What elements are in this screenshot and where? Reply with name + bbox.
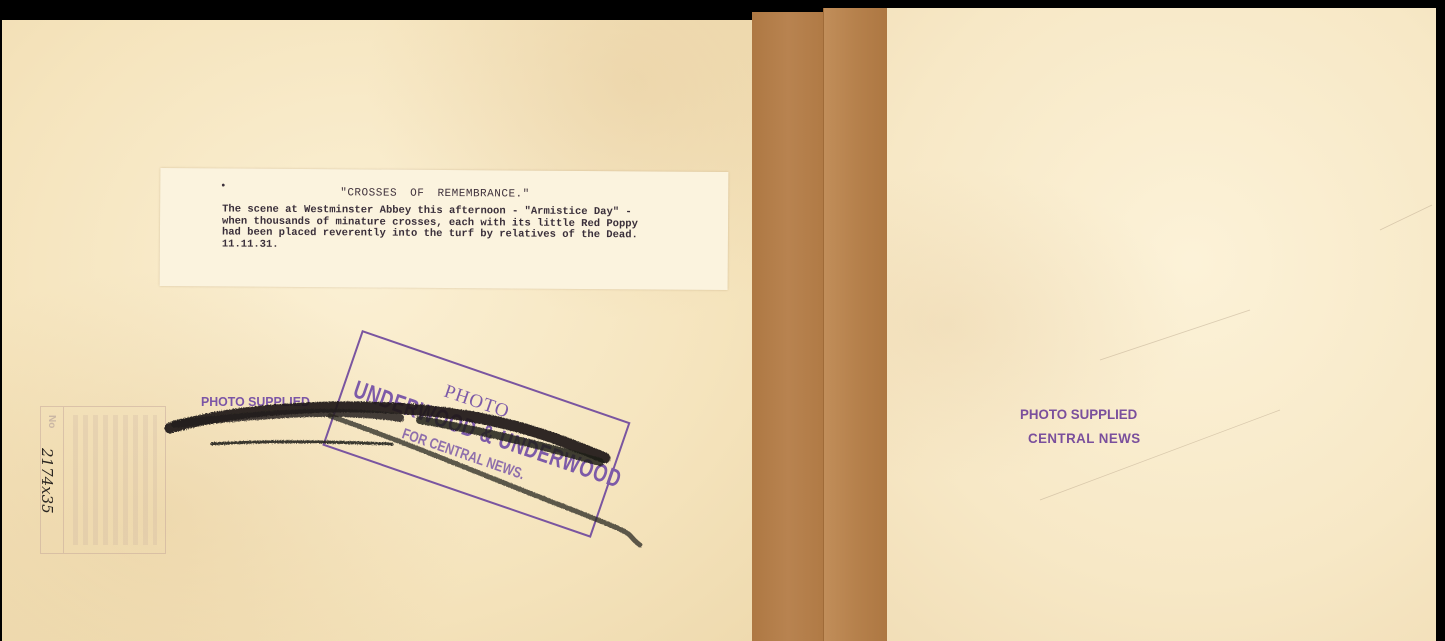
photo-supplied-stamp-left: PHOTO SUPPLIED <box>201 394 310 409</box>
label-divider <box>63 407 64 553</box>
brown-tape-strip-left <box>752 12 824 641</box>
brown-tape-strip-right <box>823 8 887 641</box>
faint-printed-text <box>73 415 157 545</box>
typed-caption-slip: • "CROSSES OF REMEMBRANCE." The scene at… <box>160 168 729 290</box>
label-number-prefix: No <box>46 415 57 428</box>
photo-back-right-sheet <box>825 8 1436 641</box>
caption-title: "CROSSES OF REMEMBRANCE." <box>340 187 530 200</box>
archive-label-box: No <box>40 406 166 554</box>
photo-supplied-stamp-right: PHOTO SUPPLIED <box>1020 406 1137 422</box>
document-scan: • "CROSSES OF REMEMBRANCE." The scene at… <box>0 0 1445 641</box>
caption-body: The scene at Westminster Abbey this afte… <box>222 204 702 253</box>
caption-bullet: • <box>220 181 226 192</box>
central-news-stamp-right: CENTRAL NEWS <box>1028 430 1141 446</box>
handwritten-archive-number: 2174x35 <box>38 448 56 514</box>
